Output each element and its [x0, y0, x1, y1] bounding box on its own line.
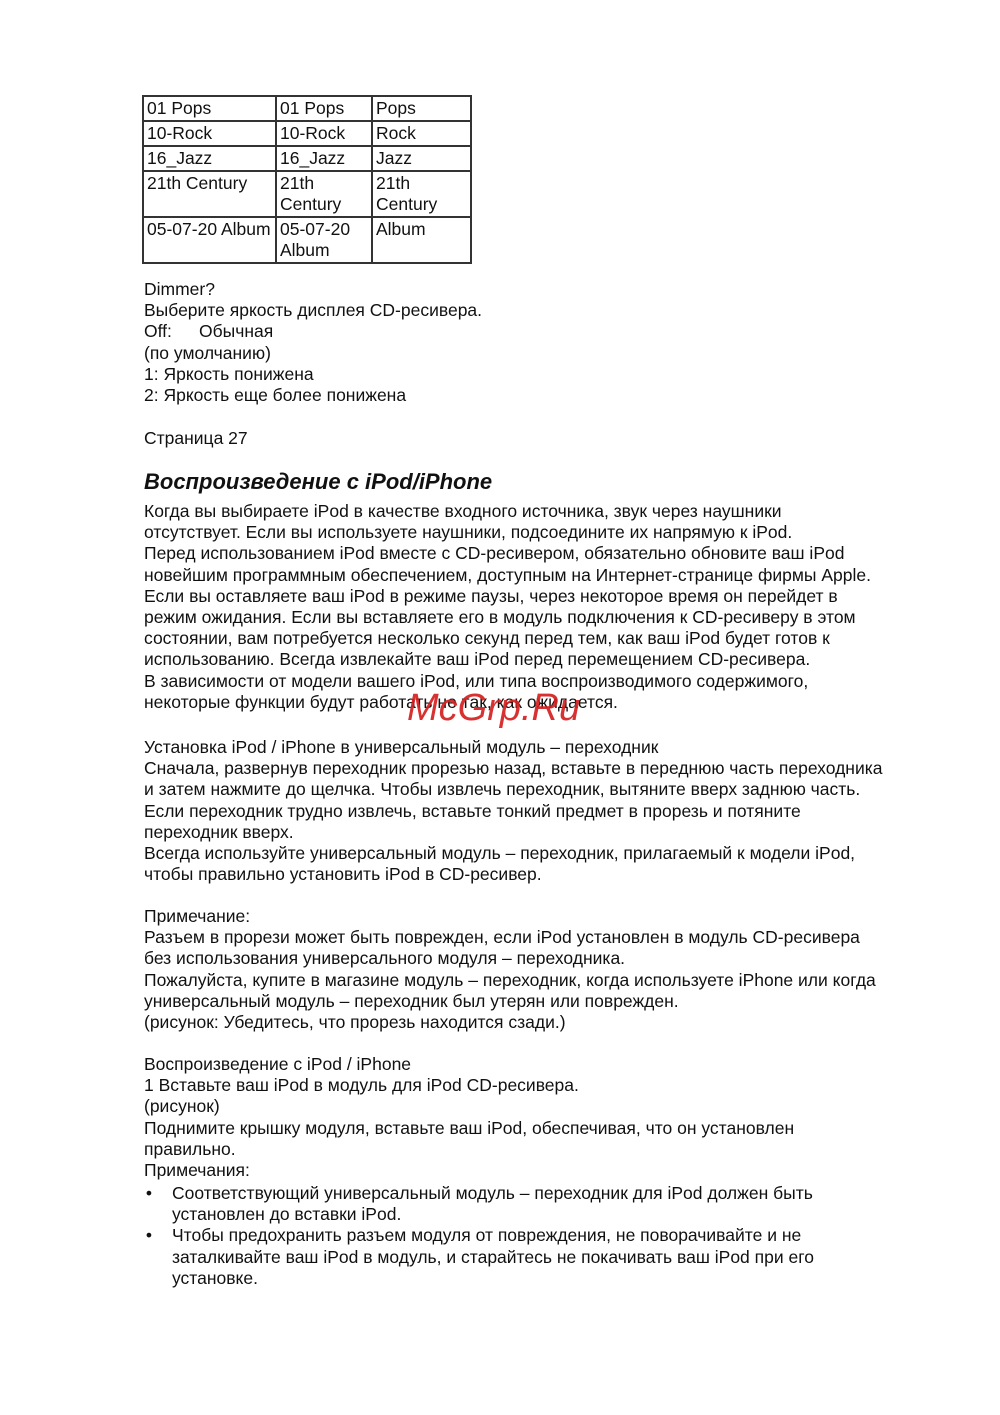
table-cell: 21th Century: [372, 171, 471, 217]
dimmer-heading: Dimmer?: [144, 279, 482, 300]
list-item: •Чтобы предохранить разъем модуля от пов…: [144, 1225, 814, 1289]
install-line: чтобы правильно установить iPod в CD-рес…: [144, 864, 883, 885]
install-line: Если переходник трудно извлечь, вставьте…: [144, 801, 883, 822]
table-cell: 16_Jazz: [276, 146, 372, 171]
bullet-text-line: установлен до вставки iPod.: [172, 1204, 814, 1225]
table-cell: Rock: [372, 121, 471, 146]
install-line: Сначала, развернув переходник прорезью н…: [144, 758, 883, 779]
table-cell: 10-Rock: [143, 121, 276, 146]
bullet-text-line: Чтобы предохранить разъем модуля от повр…: [172, 1225, 814, 1246]
table-row: 21th Century 21th Century 21th Century: [143, 171, 471, 217]
intro-line: Когда вы выбираете iPod в качестве входн…: [144, 501, 871, 522]
playback-line: Поднимите крышку модуля, вставьте ваш iP…: [144, 1118, 794, 1139]
table-cell: 21th Century: [276, 171, 372, 217]
playback-line: правильно.: [144, 1139, 794, 1160]
table-cell: 21th Century: [143, 171, 276, 217]
note-line: Пожалуйста, купите в магазине модуль – п…: [144, 970, 876, 991]
note-line: Разъем в прорези может быть поврежден, е…: [144, 927, 876, 948]
intro-line: новейшим программным обеспечением, досту…: [144, 565, 871, 586]
intro-line: Перед использованием iPod вместе с CD-ре…: [144, 543, 871, 564]
install-line: переходник вверх.: [144, 822, 883, 843]
table-cell: 05-07-20 Album: [276, 217, 372, 263]
bullet-text-line: заталкивайте ваш iPod в модуль, и старай…: [172, 1247, 814, 1268]
table-row: 05-07-20 Album 05-07-20 Album Album: [143, 217, 471, 263]
install-line: и затем нажмите до щелчка. Чтобы извлечь…: [144, 779, 883, 800]
section-title: Воспроизведение с iPod/iPhone: [144, 468, 492, 496]
table-cell: 16_Jazz: [143, 146, 276, 171]
intro-line: использованию. Всегда извлекайте ваш iPo…: [144, 649, 871, 670]
playback-line: 1 Вставьте ваш iPod в модуль для iPod CD…: [144, 1075, 794, 1096]
dimmer-description: Выберите яркость дисплея CD-ресивера.: [144, 300, 482, 321]
playback-line: (рисунок): [144, 1096, 794, 1117]
table-cell: 01 Pops: [143, 96, 276, 121]
dimmer-off-option: Off:Обычная: [144, 321, 482, 342]
playback-section: Воспроизведение с iPod / iPhone1 Вставьт…: [144, 1054, 794, 1181]
table-row: 10-Rock 10-Rock Rock: [143, 121, 471, 146]
bullet-icon: •: [144, 1183, 154, 1204]
intro-line: состоянии, вам потребуется несколько сек…: [144, 628, 871, 649]
note-line: универсальный модуль – переходник был ут…: [144, 991, 876, 1012]
dimmer-section: Dimmer? Выберите яркость дисплея CD-реси…: [144, 279, 482, 406]
dimmer-default-note: (по умолчанию): [144, 343, 482, 364]
dimmer-off-label: Off:: [144, 321, 199, 342]
table-row: 16_Jazz 16_Jazz Jazz: [143, 146, 471, 171]
table-row: 01 Pops 01 Pops Pops: [143, 96, 471, 121]
intro-paragraph: Когда вы выбираете iPod в качестве входн…: [144, 501, 871, 713]
intro-line: Если вы оставляете ваш iPod в режиме пау…: [144, 586, 871, 607]
playback-line: Воспроизведение с iPod / iPhone: [144, 1054, 794, 1075]
note-line: Примечание:: [144, 906, 876, 927]
genre-folder-table: 01 Pops 01 Pops Pops 10-Rock 10-Rock Roc…: [142, 95, 472, 264]
table-cell: 10-Rock: [276, 121, 372, 146]
install-line: Установка iPod / iPhone в универсальный …: [144, 737, 883, 758]
bullet-icon: •: [144, 1225, 154, 1246]
intro-line: режим ожидания. Если вы вставляете его в…: [144, 607, 871, 628]
install-adapter-section: Установка iPod / iPhone в универсальный …: [144, 737, 883, 885]
dimmer-off-value: Обычная: [199, 321, 273, 341]
bullet-text-line: Соответствующий универсальный модуль – п…: [172, 1183, 814, 1204]
table-cell: Album: [372, 217, 471, 263]
watermark: McGrp.Ru: [407, 688, 580, 728]
intro-line: отсутствует. Если вы используете наушник…: [144, 522, 871, 543]
table-cell: Pops: [372, 96, 471, 121]
dimmer-option-1: 1: Яркость понижена: [144, 364, 482, 385]
note-line: без использования универсального модуля …: [144, 948, 876, 969]
bullet-text-line: установке.: [172, 1268, 814, 1289]
table-cell: 01 Pops: [276, 96, 372, 121]
note-section: Примечание:Разъем в прорези может быть п…: [144, 906, 876, 1033]
table-cell: 05-07-20 Album: [143, 217, 276, 263]
notes-bullet-list: •Соответствующий универсальный модуль – …: [144, 1183, 814, 1289]
note-line: (рисунок: Убедитесь, что прорезь находит…: [144, 1012, 876, 1033]
playback-line: Примечания:: [144, 1160, 794, 1181]
install-line: Всегда используйте универсальный модуль …: [144, 843, 883, 864]
dimmer-option-2: 2: Яркость еще более понижена: [144, 385, 482, 406]
list-item: •Соответствующий универсальный модуль – …: [144, 1183, 814, 1225]
table-cell: Jazz: [372, 146, 471, 171]
page-number: Страница 27: [144, 428, 248, 449]
